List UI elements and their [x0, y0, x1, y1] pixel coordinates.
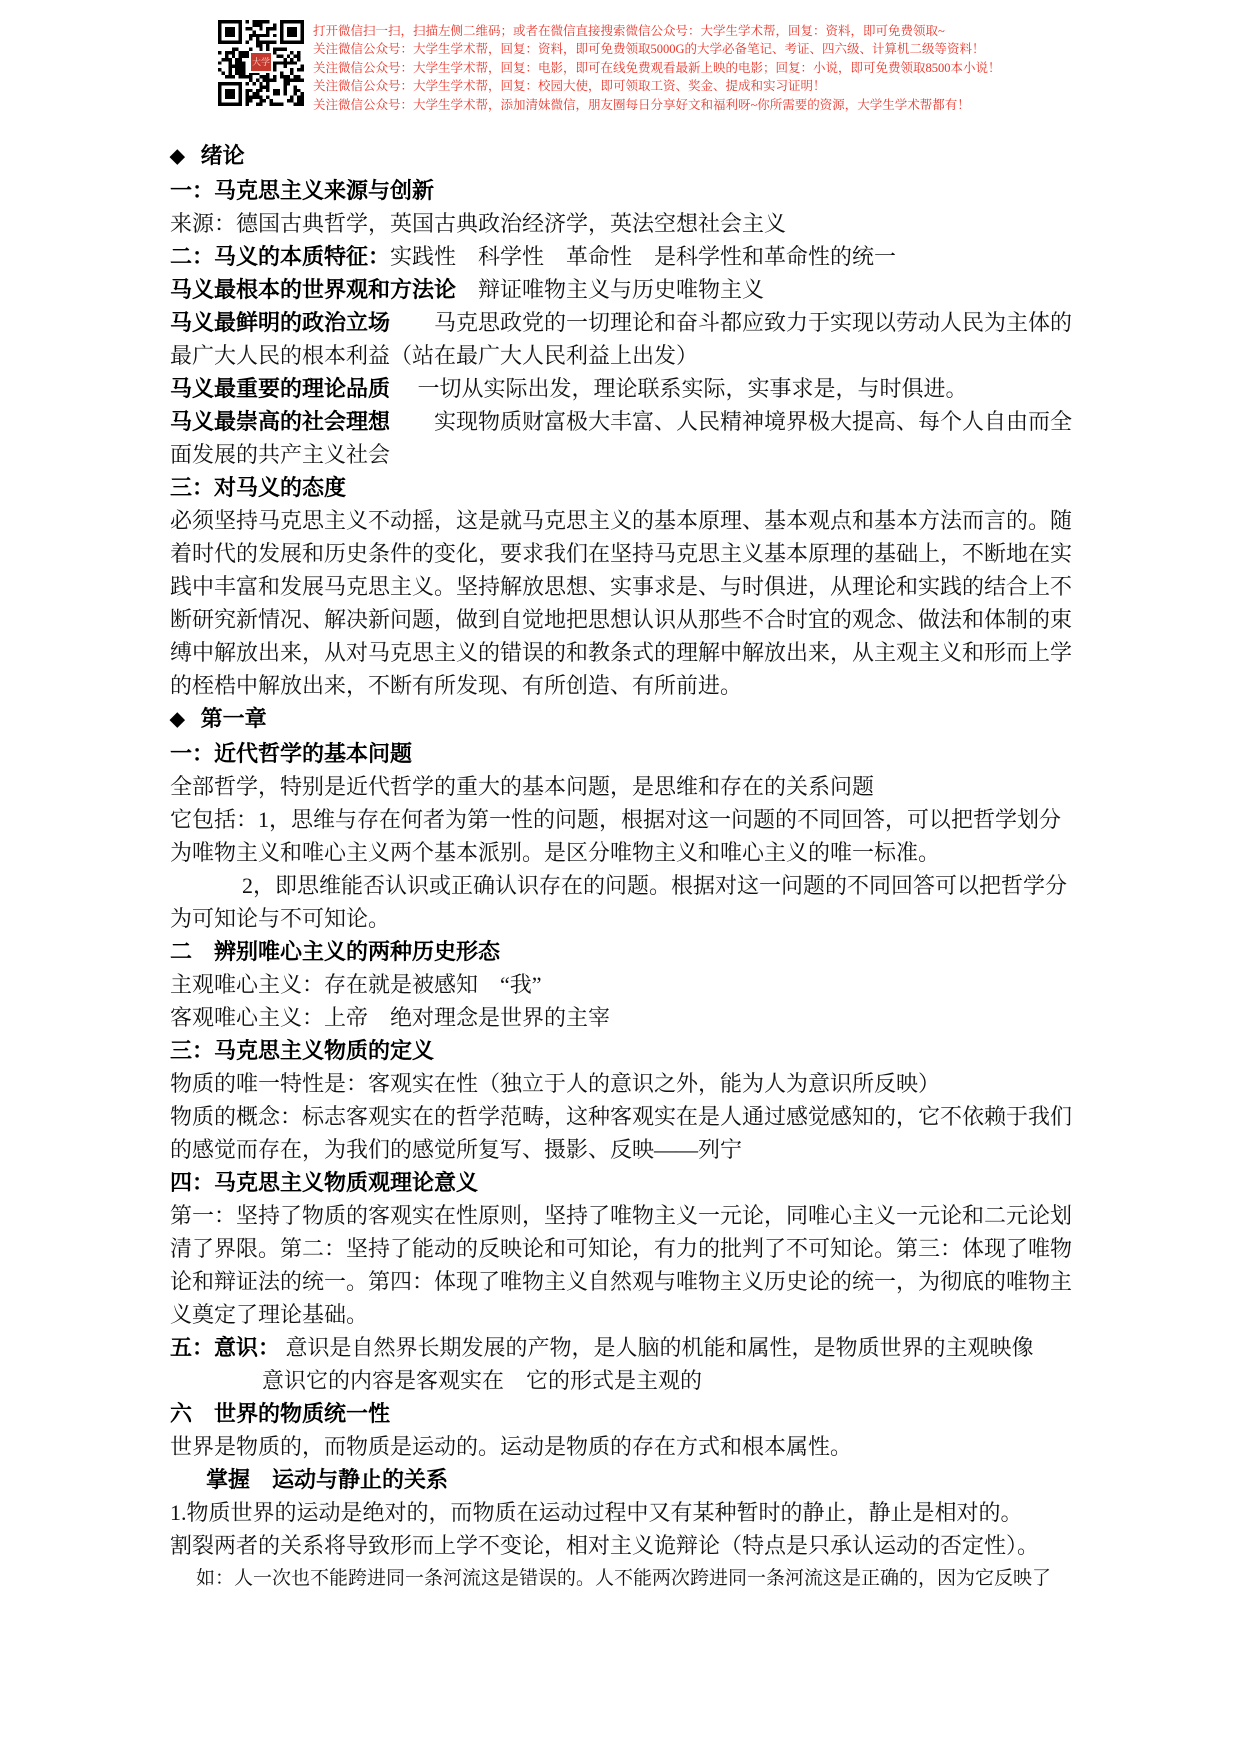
paragraph: 物质的唯一特性是：客观实在性（独立于人的意识之外，能为人为意识所反映） — [170, 1067, 1076, 1100]
indented-paragraph: 意识它的内容是客观实在 它的形式是主观的 — [170, 1364, 1076, 1397]
diamond-bullet-icon: ◆ — [170, 140, 185, 173]
section-heading: 一：近代哲学的基本问题 — [170, 737, 1076, 770]
labeled-paragraph: 马义最重要的理论品质 一切从实际出发，理论联系实际，实事求是，与时俱进。 — [170, 372, 1076, 405]
labeled-paragraph: 马义最根本的世界观和方法论 辩证唯物主义与历史唯物主义 — [170, 273, 1076, 306]
chapter-heading: ◆第一章 — [170, 702, 1076, 737]
section-heading: 二 辨别唯心主义的两种历史形态 — [170, 935, 1076, 968]
promo-line: 关注微信公众号：大学生学术帮，回复：资料，即可免费领取5000G的大学必备笔记、… — [313, 40, 1001, 58]
labeled-paragraph: 二：马义的本质特征：实践性 科学性 革命性 是科学性和革命性的统一 — [170, 240, 1076, 273]
section-heading: 六 世界的物质统一性 — [170, 1397, 1076, 1430]
paragraph-label: 马义最重要的理论品质 — [170, 376, 390, 401]
promo-line: 关注微信公众号：大学生学术帮，回复：电影，即可在线免费观看最新上映的电影；回复：… — [313, 59, 1001, 77]
document-page: 大学 打开微信扫一扫，扫描左侧二维码；或者在微信直接搜索微信公众号：大学生学术帮… — [0, 0, 1240, 1754]
qr-code-icon: 大学 — [218, 20, 304, 106]
labeled-paragraph: 马义最鲜明的政治立场 马克思政党的一切理论和奋斗都应致力于实现以劳动人民为主体的… — [170, 306, 1076, 372]
paragraph-label: 马义最根本的世界观和方法论 — [170, 277, 456, 302]
document-body: ◆绪论 一：马克思主义来源与创新 来源：德国古典哲学，英国古典政治经济学，英法空… — [170, 139, 1076, 1595]
paragraph: 主观唯心主义：存在就是被感知 “我” — [170, 968, 1076, 1001]
diamond-bullet-icon: ◆ — [170, 703, 185, 736]
example-note: 如：人一次也不能跨进同一条河流这是错误的。人不能两次跨进同一条河流这是正确的，因… — [170, 1562, 1076, 1595]
paragraph: 来源：德国古典哲学，英国古典政治经济学，英法空想社会主义 — [170, 207, 1076, 240]
sub-heading: 掌握 运动与静止的关系 — [170, 1463, 1076, 1496]
promo-line: 关注微信公众号：大学生学术帮，回复：校园大使，即可领取工资、奖金、提成和实习证明… — [313, 77, 1001, 95]
paragraph-label: 五：意识： — [170, 1335, 280, 1360]
paragraph: 它包括：1，思维与存在何者为第一性的问题，根据对这一问题的不同回答，可以把哲学划… — [170, 803, 1076, 869]
section-heading: 三：对马义的态度 — [170, 471, 1076, 504]
paragraph: 第一：坚持了物质的客观实在性原则，坚持了唯物主义一元论，同唯心主义一元论和二元论… — [170, 1199, 1076, 1331]
section-heading: 四：马克思主义物质观理论意义 — [170, 1166, 1076, 1199]
paragraph-label: 马义最崇高的社会理想 — [170, 409, 390, 434]
paragraph-label: 二：马义的本质特征： — [170, 244, 390, 269]
paragraph: 必须坚持马克思主义不动摇，这是就马克思主义的基本原理、基本观点和基本方法而言的。… — [170, 504, 1076, 702]
section-heading: 一：马克思主义来源与创新 — [170, 174, 1076, 207]
paragraph: 客观唯心主义：上帝 绝对理念是世界的主宰 — [170, 1001, 1076, 1034]
chapter-title: 第一章 — [201, 706, 267, 731]
qr-center-logo: 大学 — [249, 51, 273, 73]
paragraph-text: 意识是自然界长期发展的产物，是人脑的机能和属性，是物质世界的主观映像 — [280, 1335, 1034, 1360]
chapter-heading: ◆绪论 — [170, 139, 1076, 174]
labeled-paragraph: 马义最崇高的社会理想 实现物质财富极大丰富、人民精神境界极大提高、每个人自由而全… — [170, 405, 1076, 471]
paragraph: 世界是物质的，而物质是运动的。运动是物质的存在方式和根本属性。 — [170, 1430, 1076, 1463]
chapter-title: 绪论 — [201, 143, 245, 168]
promo-text-block: 打开微信扫一扫，扫描左侧二维码；或者在微信直接搜索微信公众号：大学生学术帮，回复… — [313, 20, 1001, 114]
paragraph: 割裂两者的关系将导致形而上学不变论，相对主义诡辩论（特点是只承认运动的否定性）。 — [170, 1529, 1076, 1562]
labeled-paragraph: 五：意识： 意识是自然界长期发展的产物，是人脑的机能和属性，是物质世界的主观映像 — [170, 1331, 1076, 1364]
paragraph: 1.物质世界的运动是绝对的，而物质在运动过程中又有某种暂时的静止，静止是相对的。 — [170, 1496, 1076, 1529]
promo-line: 打开微信扫一扫，扫描左侧二维码；或者在微信直接搜索微信公众号：大学生学术帮，回复… — [313, 22, 1001, 40]
paragraph-text: 实践性 科学性 革命性 是科学性和革命性的统一 — [390, 244, 896, 269]
paragraph: 全部哲学，特别是近代哲学的重大的基本问题，是思维和存在的关系问题 — [170, 770, 1076, 803]
paragraph-text: 一切从实际出发，理论联系实际，实事求是，与时俱进。 — [390, 376, 968, 401]
paragraph: 物质的概念：标志客观实在的哲学范畴，这种客观实在是人通过感觉感知的，它不依赖于我… — [170, 1100, 1076, 1166]
promo-line: 关注微信公众号：大学生学术帮，添加清妹微信，朋友圈每日分享好文和福利呀~你所需要… — [313, 96, 1001, 114]
indented-paragraph: 2，即思维能否认识或正确认识存在的问题。根据对这一问题的不同回答可以把哲学分为可… — [170, 869, 1076, 935]
paragraph-label: 马义最鲜明的政治立场 — [170, 310, 390, 335]
paragraph-text: 辩证唯物主义与历史唯物主义 — [456, 277, 764, 302]
section-heading: 三：马克思主义物质的定义 — [170, 1034, 1076, 1067]
promo-header: 大学 打开微信扫一扫，扫描左侧二维码；或者在微信直接搜索微信公众号：大学生学术帮… — [218, 20, 1001, 114]
